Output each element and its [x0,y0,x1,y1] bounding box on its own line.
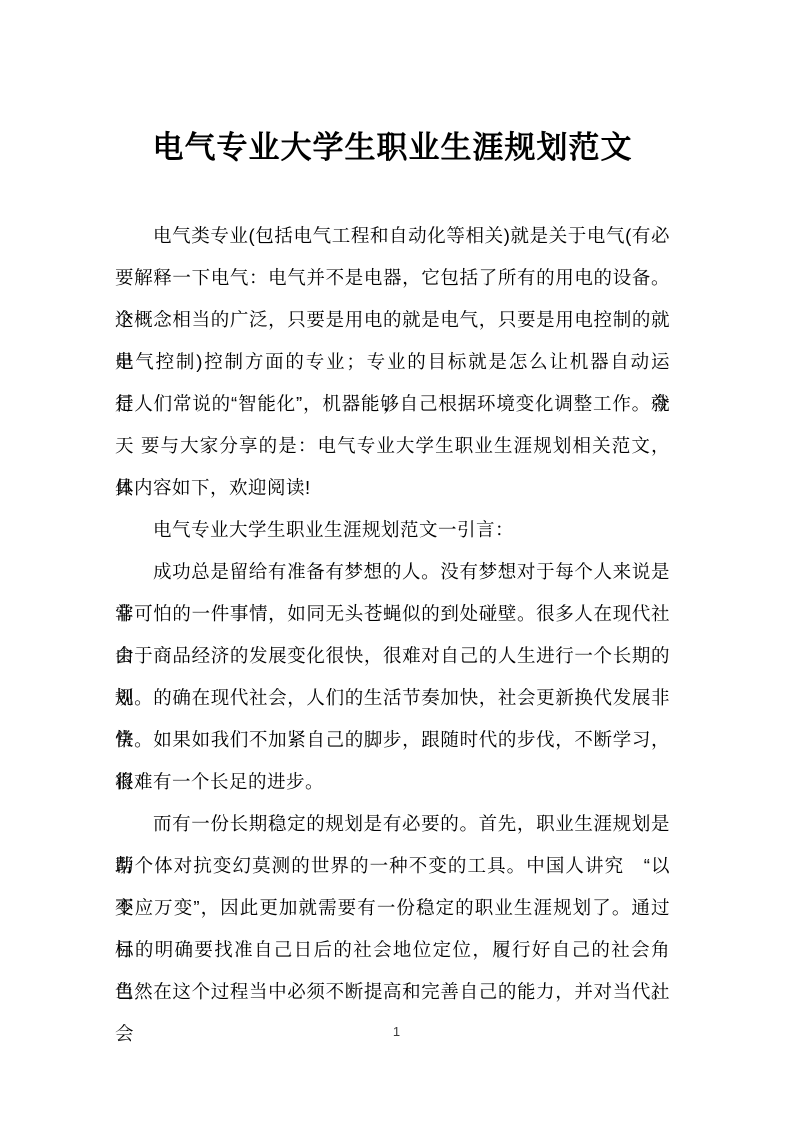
text-line: 标的明确要找准自己日后的社会地位定位，履行好自己的社会角色。 [115,929,670,971]
text-line: 体内容如下，欢迎阅读! [115,467,670,509]
text-line: 天 要与大家分享的是：电气专业大学生职业生涯规划相关范文，具 [115,425,670,467]
text-line: 变应万变”，因此更加就需要有一份稳定的职业生涯规划了。通过目 [115,887,670,929]
text-line: 很难有一个长足的进步。 [115,761,670,803]
text-line: 常可怕的一件事情，如同无头苍蝇似的到处碰壁。很多人在现代社会 [115,593,670,635]
paragraph-section-heading: 电气专业大学生职业生涯规划范文一引言： [115,509,670,551]
document-body: 电气类专业(包括电气工程和自动化等相关)就是关于电气(有必 要解释一下电气：电气… [115,215,670,1013]
text-line: 快。如果如我们不加紧自己的脚步，跟随时代的步伐，不断学习，将 [115,719,670,761]
text-line: 助个体对抗变幻莫测的世界的一种不变的工具。中国人讲究 “以不 [115,845,670,887]
text-line: 要解释一下电气：电气并不是电器，它包括了所有的用电的设备。这 [115,257,670,299]
paragraph-intro: 电气类专业(包括电气工程和自动化等相关)就是关于电气(有必 要解释一下电气：电气… [115,215,670,509]
text-line: 划。的确在现代社会，人们的生活节奏加快，社会更新换代发展非常 [115,677,670,719]
text-line: 是人们常说的“智能化”，机器能够自己根据环境变化调整工作。今 [115,383,670,425]
text-line: 成功总是留给有准备有梦想的人。没有梦想对于每个人来说是非 [115,551,670,593]
text-line: 由于商品经济的发展变化很快，很难对自己的人生进行一个长期的规 [115,635,670,677]
page-number: 1 [393,1024,400,1039]
document-title: 电气专业大学生职业生涯规划范文 [115,21,670,167]
paragraph-dream: 成功总是留给有准备有梦想的人。没有梦想对于每个人来说是非 常可怕的一件事情，如同… [115,551,670,803]
text-line: 当然在这个过程当中必须不断提高和完善自己的能力，并对当代社会 [115,971,670,1013]
text-line: 而有一份长期稳定的规划是有必要的。首先，职业生涯规划是帮 [115,803,670,845]
text-line: 电气控制)控制方面的专业；专业的目标就是怎么让机器自动运行，就 [115,341,670,383]
document-page: 电气专业大学生职业生涯规划范文 电气类专业(包括电气工程和自动化等相关)就是关于… [0,0,793,1122]
text-line: 电气类专业(包括电气工程和自动化等相关)就是关于电气(有必 [115,215,670,257]
text-line: 个概念相当的广泛，只要是用电的就是电气，只要是用电控制的就是 [115,299,670,341]
text-line: 电气专业大学生职业生涯规划范文一引言： [115,509,670,551]
paragraph-planning: 而有一份长期稳定的规划是有必要的。首先，职业生涯规划是帮 助个体对抗变幻莫测的世… [115,803,670,1013]
page-footer: 1 [0,1022,793,1042]
